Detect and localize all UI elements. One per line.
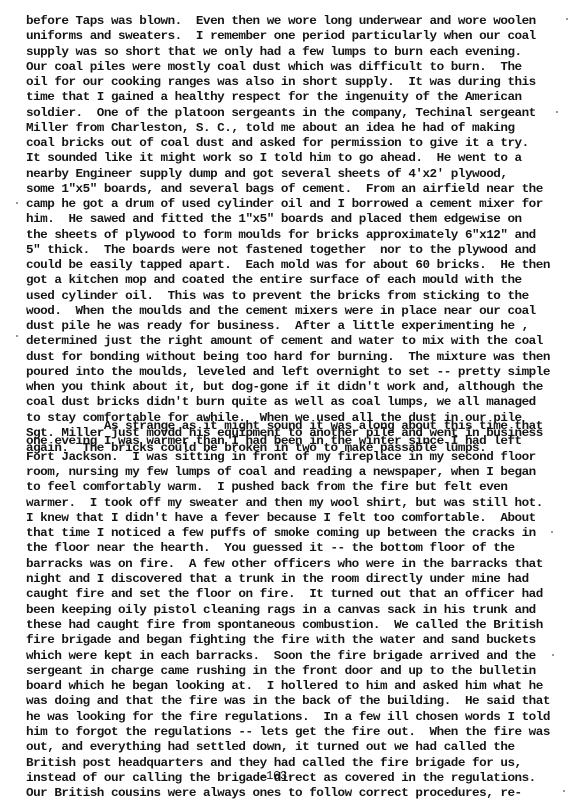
text-line: wood. When the moulds and the cement mix… <box>26 304 536 319</box>
text-line: soldier. One of the platoon sergeants in… <box>26 106 536 121</box>
text-line: coal bricks out of coal dust and asked f… <box>26 136 529 151</box>
text-line: that time I noticed a few puffs of smoke… <box>26 526 536 541</box>
text-line: I knew that I didn't have a fever becaus… <box>26 511 536 526</box>
text-line: before Taps was blown. Even then we wore… <box>26 14 536 29</box>
text-line: determined just the right amount of ceme… <box>26 334 543 349</box>
scan-speck <box>552 654 554 656</box>
text-line: warmer. I took off my sweater and then m… <box>26 496 543 511</box>
text-line: board which he began looking at. I holle… <box>26 679 543 694</box>
text-line: Our British cousins were always ones to … <box>26 786 522 800</box>
text-line: could be easily tapped apart. Each mold … <box>26 258 550 273</box>
text-line: barracks was on fire. A few other office… <box>26 557 543 572</box>
text-line: out, and everything had settled down, it… <box>26 740 515 755</box>
text-line: It sounded like it might work so I told … <box>26 151 522 166</box>
text-line: Fort Jackson. I was sitting in front of … <box>26 450 536 465</box>
scan-speck <box>563 790 565 792</box>
text-line: oil for our cooking ranges was also in s… <box>26 75 536 90</box>
document-page: before Taps was blown. Even then we wore… <box>0 0 577 800</box>
text-line: 5" thick. The boards were not fastened t… <box>26 243 536 258</box>
text-line: poured into the moulds, leveled and left… <box>26 365 550 380</box>
text-line: used cylinder oil. This was to prevent t… <box>26 289 529 304</box>
text-line: supply was so short that we only had a f… <box>26 45 522 60</box>
text-line: nearby Engineer supply dump and got seve… <box>26 167 507 182</box>
text-line: dust for bonding without being too hard … <box>26 350 550 365</box>
text-line: Miller from Charleston, S. C., told me a… <box>26 121 515 136</box>
scan-speck <box>16 202 18 204</box>
text-line: him to forgot the regulations -- lets ge… <box>26 725 550 740</box>
text-line: got a kitchen mop and coated the entire … <box>26 273 522 288</box>
text-line: fire brigade and began fighting the fire… <box>26 633 536 648</box>
text-line: room, nursing my few lumps of coal and r… <box>26 465 536 480</box>
text-line: coal dust bricks didn't burn quite as we… <box>26 395 536 410</box>
scan-speck <box>551 531 553 533</box>
text-line: him. He sawed and fitted the 1"x5" board… <box>26 212 522 227</box>
page-number: -163- <box>0 769 577 783</box>
text-line: he was looking for the fire regulations.… <box>26 710 550 725</box>
text-line: one eveing I was warmer than I had been … <box>26 434 522 449</box>
text-line: been keeping oily pistol cleaning rags i… <box>26 603 536 618</box>
text-line: these had caught fire from spontaneous c… <box>26 618 543 633</box>
text-line: was doing and that the fire was in the b… <box>26 694 550 709</box>
text-line: caught fire and set the floor on fire. I… <box>26 587 543 602</box>
text-line: to feel comfortably warm. I pushed back … <box>26 480 507 495</box>
text-line: camp he got a drum of used cylinder oil … <box>26 197 543 212</box>
text-line: uniforms and sweaters. I remember one pe… <box>26 29 536 44</box>
text-line: Our coal piles were mostly coal dust whi… <box>26 60 522 75</box>
text-line: when you think about it, but dog-gone if… <box>26 380 543 395</box>
text-line: sergeant in charge came rushing in the f… <box>26 664 536 679</box>
text-line: night and I discovered that a trunk in t… <box>26 572 529 587</box>
text-line: the sheets of plywood to form moulds for… <box>26 228 536 243</box>
text-line: the floor near the hearth. You guessed i… <box>26 541 515 556</box>
text-line: As strange as it might sound it was alon… <box>26 419 543 434</box>
scan-speck <box>566 18 568 20</box>
scan-speck <box>16 335 18 337</box>
text-line: time that I gained a healthy respect for… <box>26 90 522 105</box>
scan-speck <box>556 111 558 113</box>
text-line: which were kept in each barracks. Soon t… <box>26 649 536 664</box>
text-line: some 1"x5" boards, and several bags of c… <box>26 182 543 197</box>
text-line: dust pile he was ready for business. Aft… <box>26 319 529 334</box>
